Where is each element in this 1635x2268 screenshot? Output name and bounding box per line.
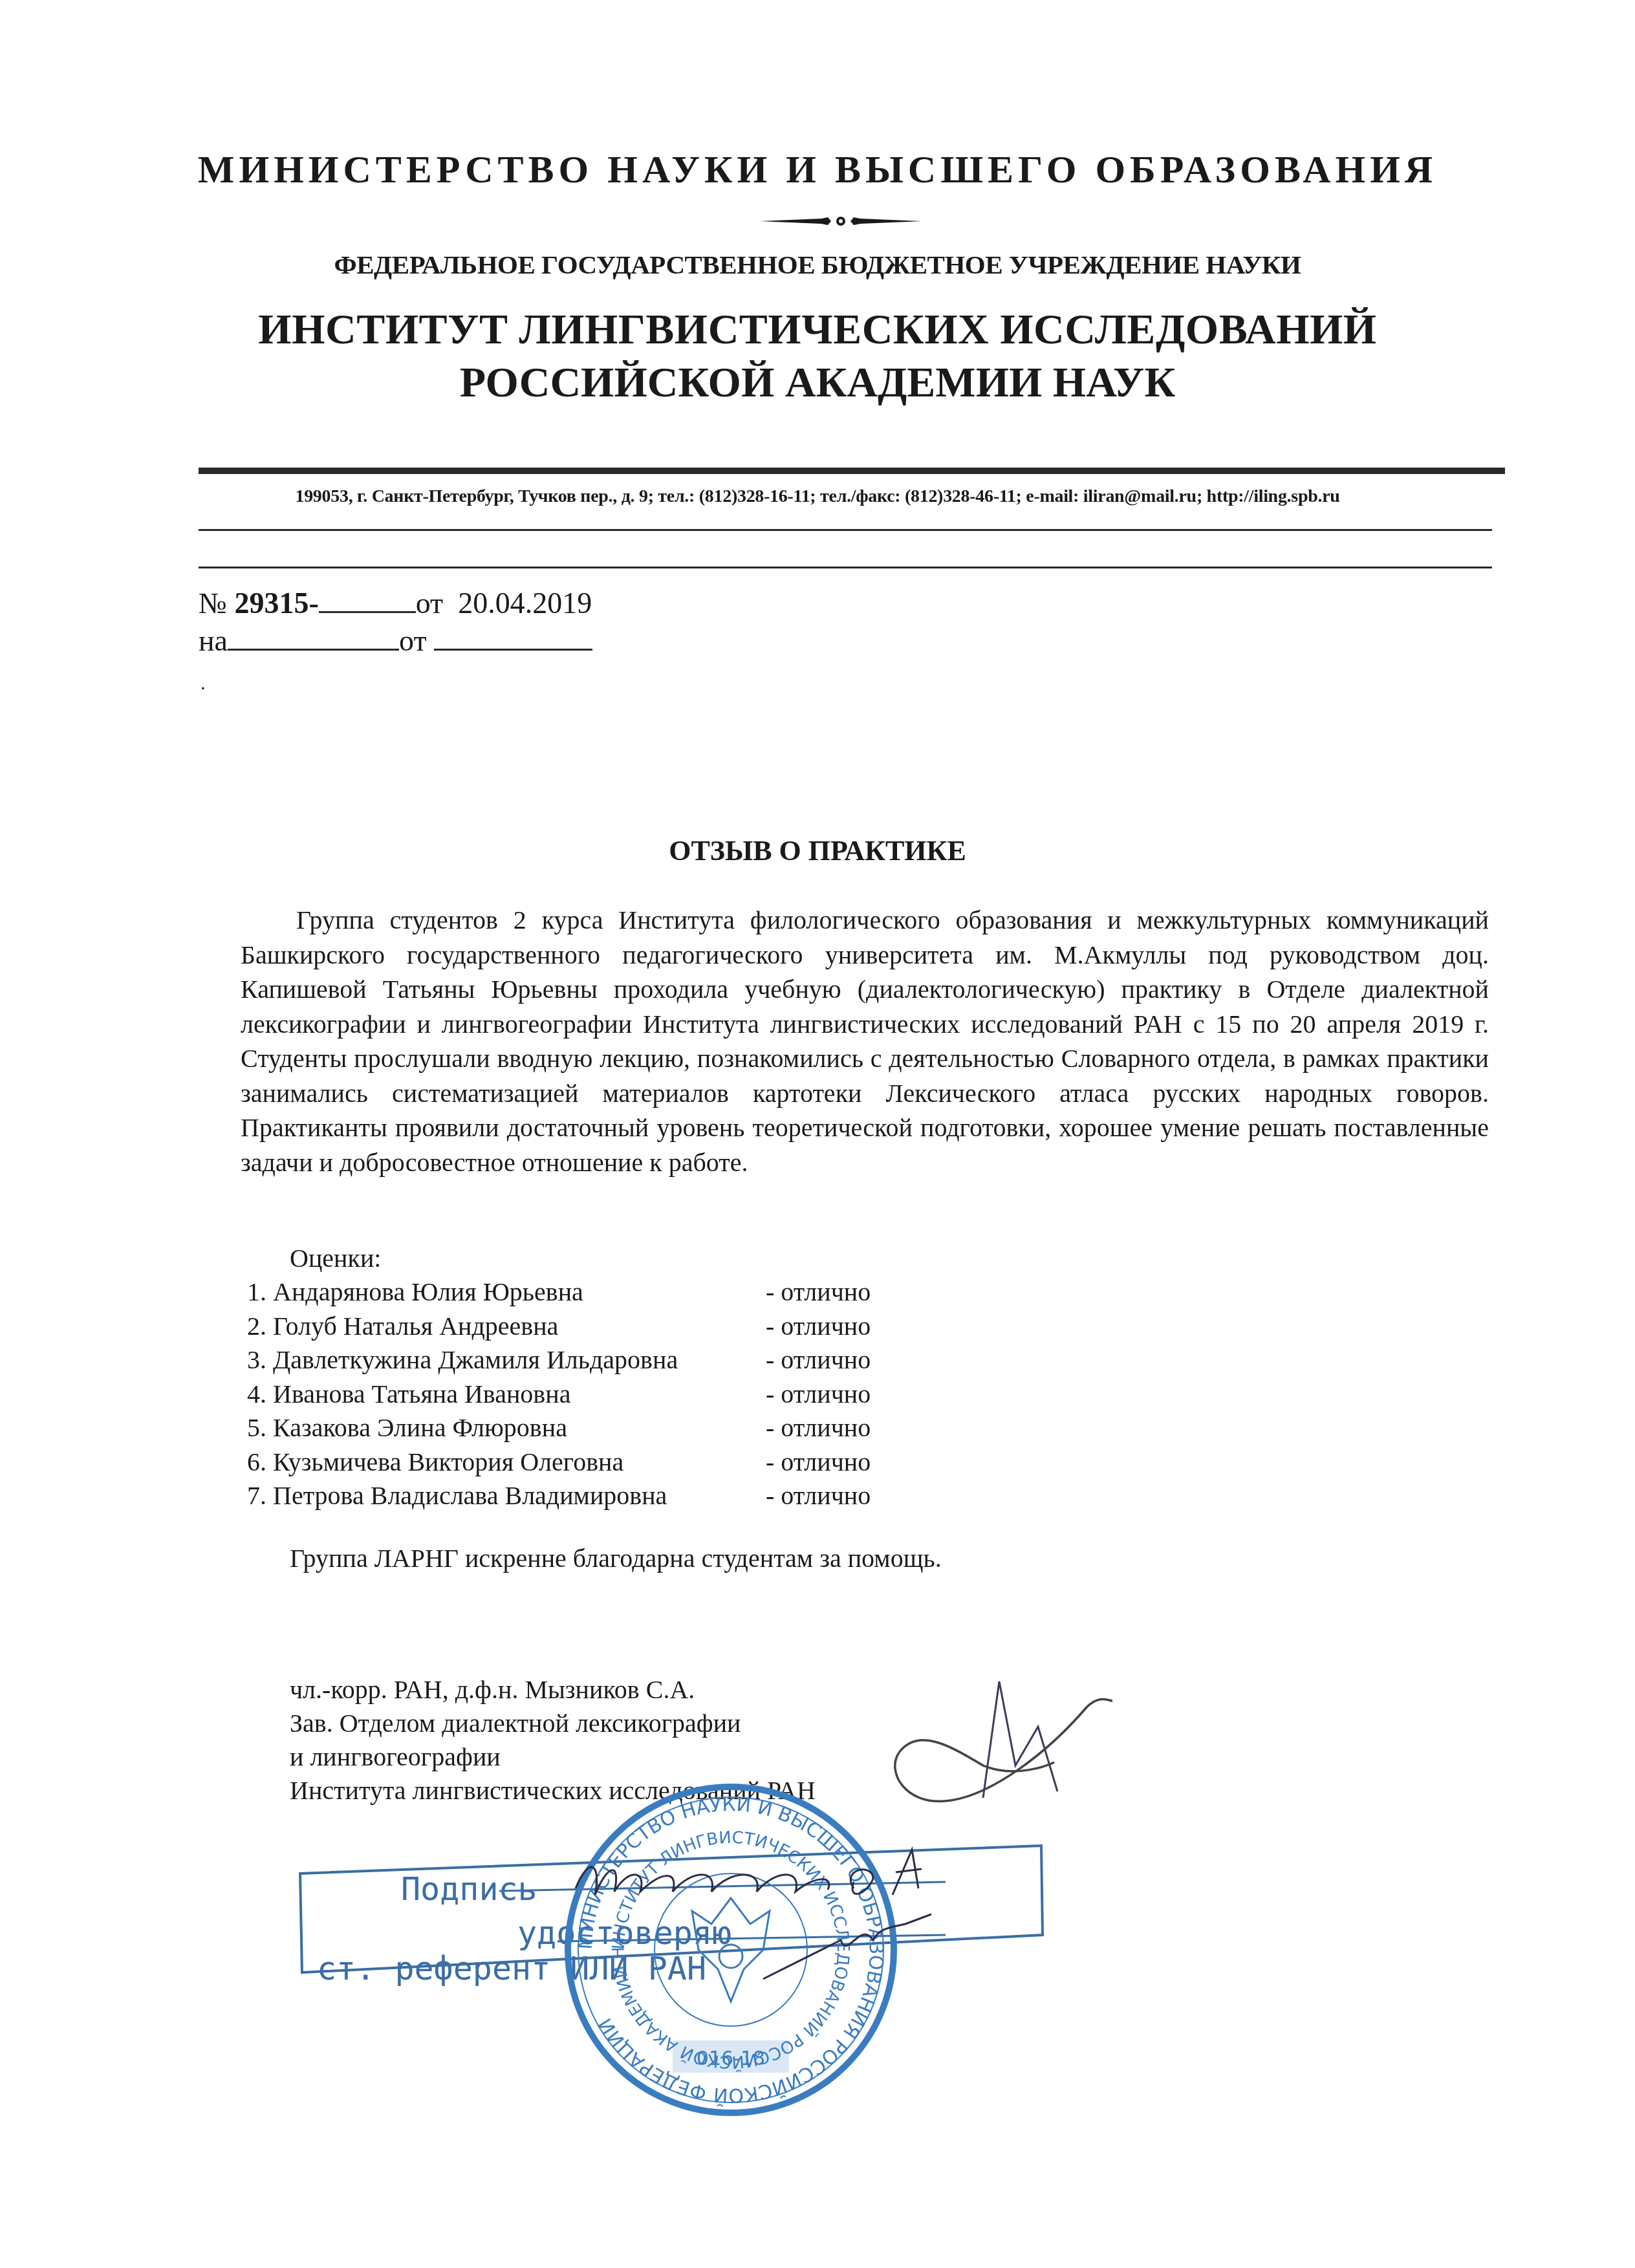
letterhead-thin-rule-2 [199, 567, 1492, 568]
institute-name-line-2: РОССИЙСКОЙ АКАДЕМИИ НАУК [0, 358, 1635, 407]
number-sign: № [199, 587, 227, 620]
federal-institution-heading: ФЕДЕРАЛЬНОЕ ГОСУДАРСТВЕННОЕ БЮДЖЕТНОЕ УЧ… [0, 249, 1635, 280]
grade-row: 2. Голуб Наталья Андреевна- отлично [247, 1310, 871, 1344]
document-title: ОТЗЫВ О ПРАКТИКЕ [0, 834, 1635, 867]
thanks-note: Группа ЛАРНГ искренне благодарна студент… [290, 1543, 942, 1573]
letterhead-thin-rule-1 [199, 529, 1492, 531]
student-grade: - отлично [766, 1377, 871, 1412]
student-name: 7. Петрова Владислава Владимировна [247, 1479, 766, 1513]
grade-row: 1. Андарянова Юлия Юрьевна- отлично [247, 1275, 871, 1310]
letterhead-thick-rule [199, 468, 1505, 474]
signer-title-name: чл.-корр. РАН, д.ф.н. Мызников С.А. [290, 1673, 816, 1707]
student-grade: - отлично [766, 1343, 871, 1377]
student-name: 5. Казакова Элина Флюровна [247, 1411, 766, 1445]
registration-number-line: № 29315-от 20.04.2019 [199, 585, 592, 620]
grade-row: 5. Казакова Элина Флюровна- отлично [247, 1411, 871, 1445]
handwritten-signature-icon [880, 1656, 1138, 1817]
signer-position: Зав. Отделом диалектной лексикографии [290, 1707, 816, 1740]
student-grade: - отлично [766, 1445, 871, 1480]
seal-code: 016-18 [697, 2047, 765, 2070]
grade-row: 7. Петрова Владислава Владимировна- отли… [247, 1479, 871, 1513]
reference-line: наот [199, 623, 592, 658]
student-name: 6. Кузьмичева Виктория Олеговна [247, 1445, 766, 1480]
number-suffix-blank [319, 585, 416, 613]
stray-dot: . [200, 673, 206, 695]
reference-label: на [199, 624, 228, 657]
institute-address: 199053, г. Санкт-Петербург, Тучков пер.,… [0, 486, 1635, 507]
reference-from-label: от [399, 624, 427, 657]
grade-row: 6. Кузьмичева Виктория Олеговна- отлично [247, 1445, 871, 1480]
student-grade: - отлично [766, 1479, 871, 1513]
grades-label: Оценки: [290, 1243, 381, 1273]
student-name: 3. Давлеткужина Джамиля Ильдаровна [247, 1343, 766, 1377]
institute-name-line-1: ИНСТИТУТ ЛИНГВИСТИЧЕСКИХ ИССЛЕДОВАНИЙ [0, 305, 1635, 354]
handwritten-certifier-name-icon [569, 1843, 957, 1985]
student-name: 2. Голуб Наталья Андреевна [247, 1310, 766, 1344]
student-grade: - отлично [766, 1310, 871, 1344]
student-name: 4. Иванова Татьяна Ивановна [247, 1377, 766, 1412]
student-name: 1. Андарянова Юлия Юрьевна [247, 1275, 766, 1310]
ministry-heading: МИНИСТЕРСТВО НАУКИ И ВЫСШЕГО ОБРАЗОВАНИЯ [0, 147, 1635, 192]
certification-signature-label: Подпись [401, 1870, 537, 1908]
grade-row: 3. Давлеткужина Джамиля Ильдаровна- отли… [247, 1343, 871, 1377]
from-label: от [416, 587, 444, 620]
reference-date-blank [434, 623, 592, 651]
grade-row: 4. Иванова Татьяна Ивановна- отлично [247, 1377, 871, 1412]
registration-date: 20.04.2019 [458, 587, 592, 620]
student-grade: - отлично [766, 1411, 871, 1445]
reference-number-blank [228, 623, 399, 651]
student-grade: - отлично [766, 1275, 871, 1310]
registration-number: 29315- [234, 587, 318, 620]
grades-list: 1. Андарянова Юлия Юрьевна- отлично 2. Г… [247, 1275, 871, 1513]
decorative-divider-icon [760, 213, 922, 229]
signer-position-cont: и лингвогеографии [290, 1740, 816, 1774]
review-body-paragraph: Группа студентов 2 курса Института филол… [241, 903, 1489, 1180]
